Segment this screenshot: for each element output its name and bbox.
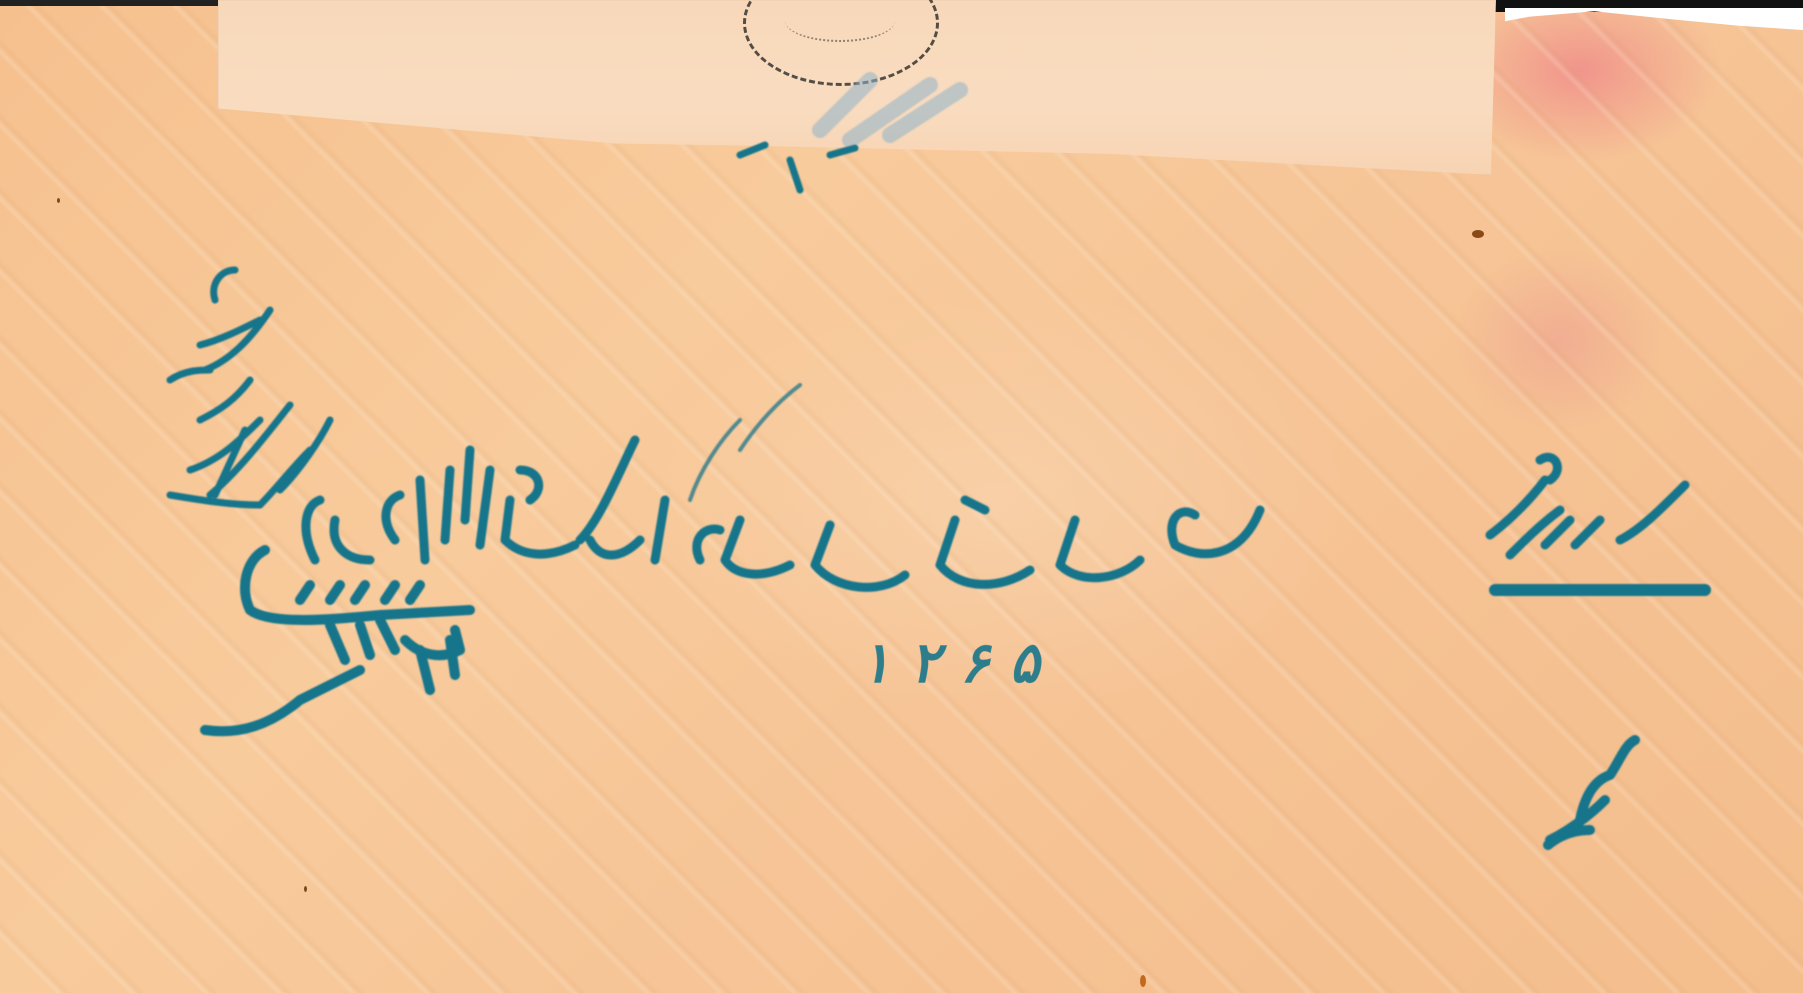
main-inscription: [306, 440, 1260, 587]
bottom-right-word: [1548, 740, 1635, 845]
left-margin-note: [170, 270, 330, 505]
persian-numerals: ۱ ۲ ۶ ۵: [858, 630, 1051, 696]
signature-block: [205, 550, 470, 731]
handwriting: [0, 0, 1803, 993]
recipient-word: [1490, 457, 1705, 590]
ink-speck: [1140, 975, 1146, 987]
ink-speck: [1472, 230, 1484, 238]
ink-speck: [304, 886, 307, 892]
ink-speck: [57, 198, 60, 203]
